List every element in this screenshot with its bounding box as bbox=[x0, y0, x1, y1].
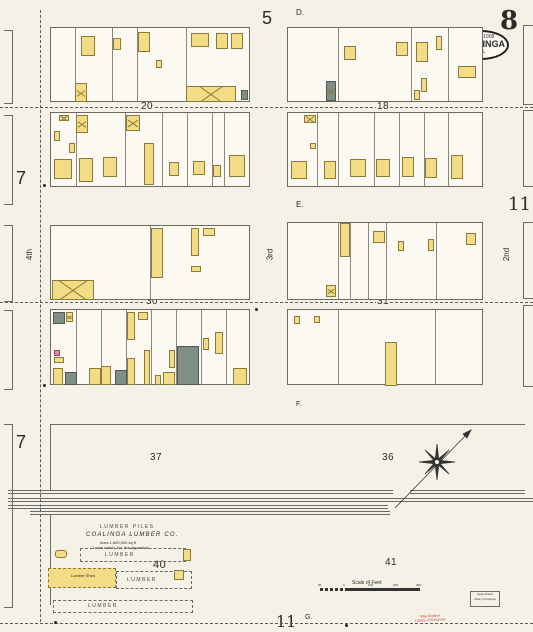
building bbox=[416, 42, 428, 62]
building bbox=[203, 228, 215, 236]
block-30-upper bbox=[50, 225, 250, 300]
lumber-shed-label: Lumber Shed bbox=[71, 573, 95, 578]
block-number-37: 37 bbox=[150, 452, 162, 463]
building bbox=[53, 368, 63, 385]
hydrant-icon bbox=[43, 384, 46, 387]
lumber-pile-label: LUMBER bbox=[127, 577, 157, 583]
building-outbuilding bbox=[304, 115, 316, 123]
left-bracket-low bbox=[4, 310, 13, 390]
railroad-track bbox=[8, 505, 388, 506]
scale-tick: 100 bbox=[368, 583, 373, 587]
building bbox=[144, 350, 150, 385]
street-line-20-18 bbox=[0, 107, 533, 108]
left-bracket-top bbox=[4, 30, 13, 104]
building bbox=[169, 350, 175, 368]
block-31-lower bbox=[287, 309, 483, 385]
block-40-left-edge bbox=[50, 515, 51, 605]
building bbox=[127, 358, 135, 385]
block-18-lower bbox=[287, 112, 483, 187]
building bbox=[89, 368, 101, 385]
adjacent-sheet-left-upper: 7 bbox=[16, 168, 26, 189]
block-30-lower bbox=[50, 309, 250, 385]
library-box: Geog. Division Library of Congress bbox=[470, 591, 500, 607]
building-outbuilding bbox=[66, 312, 73, 322]
street-label-3rd: 3rd bbox=[265, 249, 274, 261]
building-outbuilding bbox=[75, 83, 87, 102]
building bbox=[229, 155, 245, 177]
street-label-d: D. bbox=[296, 8, 304, 17]
street-label-4th: 4th bbox=[25, 249, 34, 260]
building bbox=[69, 143, 75, 153]
building bbox=[79, 158, 93, 182]
scale-title: Scale of Feet bbox=[352, 580, 381, 586]
lumber-pile-1: LUMBER bbox=[80, 548, 186, 562]
building bbox=[138, 32, 150, 52]
library-box-line2: Library of Congress bbox=[471, 597, 499, 602]
right-bracket-2 bbox=[523, 110, 533, 187]
building bbox=[191, 266, 201, 272]
railroad-track bbox=[8, 490, 393, 491]
building bbox=[396, 42, 408, 56]
building-stone bbox=[241, 90, 248, 100]
building bbox=[103, 157, 117, 177]
building bbox=[291, 161, 307, 179]
building bbox=[113, 38, 121, 50]
building-stone bbox=[53, 312, 65, 324]
lumber-shed: Lumber Shed bbox=[48, 568, 116, 588]
street-line-g bbox=[0, 623, 533, 624]
adjacent-sheet-right: 11 bbox=[508, 194, 531, 215]
building bbox=[54, 357, 64, 363]
hydrant-icon bbox=[345, 624, 348, 627]
building bbox=[402, 157, 414, 177]
building bbox=[215, 332, 223, 354]
lumber-piles-label: LUMBER PILES bbox=[100, 524, 154, 530]
block-number-41: 41 bbox=[385, 557, 397, 568]
office-building bbox=[55, 550, 67, 558]
hydrant-icon bbox=[54, 621, 57, 624]
building bbox=[294, 316, 300, 324]
scale-tick: 300 bbox=[416, 583, 421, 587]
building bbox=[344, 46, 356, 60]
street-label-f: F. bbox=[296, 401, 301, 408]
lumber-company-name: COALINGA LUMBER CO. bbox=[86, 532, 179, 538]
building bbox=[81, 36, 95, 56]
building bbox=[54, 131, 60, 141]
building bbox=[151, 228, 163, 278]
adjacent-sheet-top: 5 bbox=[262, 8, 272, 29]
building-outbuilding bbox=[326, 285, 336, 297]
building bbox=[193, 161, 205, 175]
building bbox=[155, 375, 161, 385]
railroad-track bbox=[30, 514, 390, 515]
block-18-upper bbox=[287, 27, 483, 102]
building bbox=[191, 33, 209, 47]
building bbox=[385, 342, 397, 386]
building bbox=[144, 143, 154, 185]
adjacent-sheet-left-lower: 7 bbox=[16, 432, 26, 453]
building-shed bbox=[186, 86, 236, 102]
block-20-upper bbox=[50, 27, 250, 102]
library-stamp-line2: Library of Congress bbox=[415, 617, 446, 623]
building bbox=[350, 159, 366, 177]
right-bracket-4 bbox=[523, 305, 533, 387]
left-bracket-mid bbox=[4, 225, 13, 302]
scale-bar-segments bbox=[320, 588, 346, 591]
hydrant-icon bbox=[255, 308, 258, 311]
building bbox=[213, 165, 221, 177]
building bbox=[398, 241, 404, 251]
building bbox=[373, 231, 385, 243]
building bbox=[314, 316, 320, 323]
compass-rose-icon bbox=[385, 418, 485, 518]
building bbox=[310, 143, 316, 149]
building bbox=[174, 570, 184, 580]
building bbox=[156, 60, 162, 68]
building-stone bbox=[177, 346, 199, 385]
scale-tick: 50 bbox=[318, 583, 321, 587]
right-bracket-1 bbox=[523, 25, 533, 105]
building bbox=[138, 312, 148, 320]
railroad-track bbox=[8, 508, 388, 509]
sheet-number: 8 bbox=[500, 6, 518, 36]
street-label-g: G. bbox=[305, 614, 312, 621]
building bbox=[101, 366, 111, 385]
building bbox=[231, 33, 243, 49]
adjacent-sheet-bottom: 11 bbox=[276, 612, 296, 631]
building-stone bbox=[326, 81, 336, 101]
building-warehouse bbox=[52, 280, 94, 300]
building bbox=[414, 90, 420, 100]
building bbox=[451, 155, 463, 179]
building bbox=[376, 159, 390, 177]
building bbox=[163, 372, 175, 385]
block-number-20: 20 bbox=[140, 101, 154, 112]
street-label-2nd: 2nd bbox=[502, 248, 511, 261]
building-stone bbox=[115, 370, 127, 385]
right-bracket-3 bbox=[523, 222, 533, 299]
building bbox=[54, 159, 72, 179]
left-bracket-upper bbox=[4, 115, 13, 205]
lumber-pile-label: LUMBER bbox=[105, 552, 135, 558]
fourth-street-line bbox=[40, 10, 41, 622]
building-brick bbox=[54, 350, 60, 356]
block-37-left-edge bbox=[50, 424, 51, 490]
building bbox=[458, 66, 476, 78]
building bbox=[428, 239, 434, 251]
left-bracket-bottom bbox=[4, 424, 13, 608]
building-outbuilding bbox=[76, 115, 88, 133]
library-stamp: Map Division Library of Congress bbox=[415, 613, 446, 623]
building bbox=[425, 158, 437, 178]
building bbox=[436, 36, 442, 50]
building bbox=[183, 549, 191, 561]
building bbox=[127, 312, 135, 340]
lumber-pile-label: LUMBER bbox=[88, 603, 118, 609]
lumber-pile-3: LUMBER bbox=[53, 600, 193, 613]
block-number-18: 18 bbox=[376, 101, 390, 112]
railroad-track bbox=[30, 511, 390, 512]
building bbox=[340, 223, 350, 257]
building bbox=[191, 228, 199, 256]
street-label-e: E. bbox=[296, 200, 304, 209]
street-line-30-31 bbox=[0, 302, 533, 303]
railroad-track bbox=[8, 493, 393, 494]
building-outbuilding bbox=[59, 115, 69, 121]
building bbox=[466, 233, 476, 245]
building bbox=[233, 368, 247, 385]
building bbox=[324, 161, 336, 179]
building-outbuilding bbox=[126, 115, 140, 131]
block-31-upper bbox=[287, 222, 483, 300]
building bbox=[169, 162, 179, 176]
building bbox=[421, 78, 427, 92]
block-20-lower bbox=[50, 112, 250, 187]
scale-tick: 200 bbox=[393, 583, 398, 587]
building bbox=[203, 338, 209, 350]
building-stone bbox=[65, 372, 77, 385]
scale-tick: 0 bbox=[343, 583, 345, 587]
building bbox=[216, 33, 228, 49]
hydrant-icon bbox=[43, 184, 46, 187]
